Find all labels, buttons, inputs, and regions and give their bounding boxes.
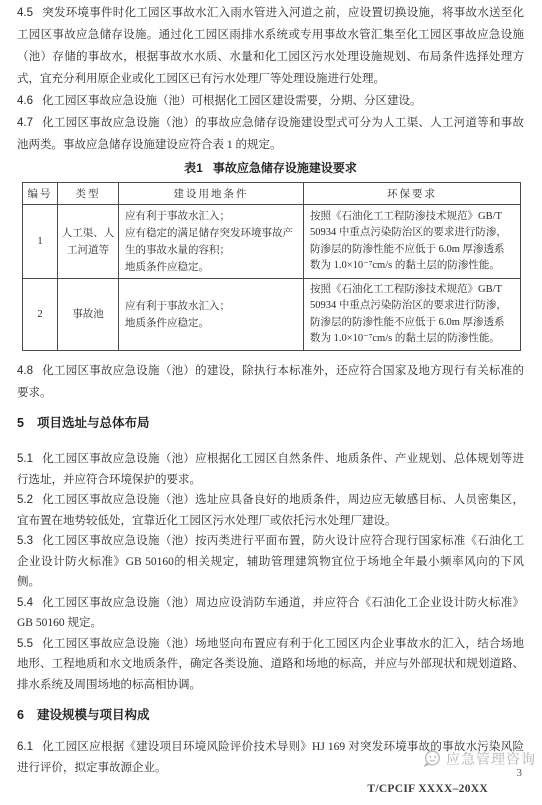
- table-row: 1 人工渠、人工河道等 应有利于事故水汇入； 应有稳定的满足储存突发环境事故产生…: [23, 205, 521, 279]
- section-heading-5: 5项目选址与总体布局: [17, 413, 524, 433]
- clause-5-1: 5.1化工园区事故应急设施（池）应根据化工园区自然条件、地质条件、产业规划、总体…: [17, 449, 524, 490]
- cell-land-condition: 应有利于事故水汇入； 应有稳定的满足储存突发环境事故产生的事故水量的容积； 地质…: [119, 205, 304, 279]
- page-number: 3: [517, 767, 523, 779]
- cell-type: 人工渠、人工河道等: [58, 205, 119, 279]
- clause-4-8: 4.8化工园区事故应急设施（池）的建设，除执行本标准外，还应符合国家及地方现行有…: [17, 360, 524, 404]
- cell-land-condition: 应有利于事故水汇入； 地质条件应稳定。: [119, 279, 304, 351]
- cell-type: 事故池: [58, 279, 119, 351]
- clause-number: 4.6: [17, 95, 33, 107]
- clause-5-4: 5.4化工园区事故应急设施（池）周边应设消防车通道，并应符合《石油化工企业设计防…: [17, 593, 524, 634]
- column-header-no: 编号: [23, 183, 58, 205]
- standard-code: T/CPCIF XXXX–20XX: [367, 783, 488, 795]
- column-header-land: 建设用地条件: [119, 183, 304, 205]
- clause-number: 6.1: [17, 741, 33, 753]
- clause-number: 5.1: [17, 453, 33, 465]
- clause-text: 化工园区事故应急设施（池）可根据化工园区建设需要，分期、分区建设。: [42, 95, 422, 107]
- cell-no: 2: [23, 279, 58, 351]
- clause-number: 4.7: [17, 117, 33, 129]
- clause-text: 化工园区事故应急设施（池）场地竖向布置应有利于化工园区内企业事故水的汇入，结合场…: [17, 638, 524, 691]
- document-content: 4.5突发环境事件时化工园区事故水汇入雨水管进入河道之前，应设置切换设施，将事故…: [0, 0, 542, 779]
- cell-env-requirement: 按照《石油化工工程防渗技术规范》GB/T 50934 中重点污染防治区的要求进行…: [304, 279, 521, 351]
- table-row: 2 事故池 应有利于事故水汇入； 地质条件应稳定。 按照《石油化工工程防渗技术规…: [23, 279, 521, 351]
- watermark: 应急管理咨询: [420, 749, 536, 769]
- clause-number: 5.3: [17, 535, 33, 547]
- cell-no: 1: [23, 205, 58, 279]
- table-caption: 表1事故应急储存设施建设要求: [17, 160, 524, 176]
- clause-4-7: 4.7化工园区事故应急设施（池）的事故应急储存设施建设型式可分为人工渠、人工河道…: [17, 112, 524, 156]
- table-header-row: 编号 类型 建设用地条件 环保要求: [23, 183, 521, 205]
- clause-number: 5.2: [17, 494, 33, 506]
- clause-text: 化工园区事故应急设施（池）周边应设消防车通道，并应符合《石油化工企业设计防火标准…: [17, 597, 524, 630]
- document-page: 4.5突发环境事件时化工园区事故水汇入雨水管进入河道之前，应设置切换设施，将事故…: [0, 0, 542, 805]
- table-1: 编号 类型 建设用地条件 环保要求 1 人工渠、人工河道等 应有利于事故水汇入；…: [22, 182, 521, 351]
- clause-text: 化工园区事故应急设施（池）选址应具备良好的地质条件，周边应无敏感目标、人员密集区…: [17, 494, 524, 527]
- clause-number: 4.5: [17, 7, 33, 19]
- cell-env-requirement: 按照《石油化工工程防渗技术规范》GB/T 50934 中重点污染防治区的要求进行…: [304, 205, 521, 279]
- column-header-type: 类型: [58, 183, 119, 205]
- clause-4-5: 4.5突发环境事件时化工园区事故水汇入雨水管进入河道之前，应设置切换设施，将事故…: [17, 2, 524, 90]
- clause-number: 5.5: [17, 638, 33, 650]
- column-header-env: 环保要求: [304, 183, 521, 205]
- clause-text: 化工园区事故应急设施（池）的建设，除执行本标准外，还应符合国家及地方现行有关标准…: [17, 365, 524, 399]
- clause-number: 4.8: [17, 365, 33, 377]
- clause-number: 5.4: [17, 597, 33, 609]
- section-number: 5: [17, 416, 24, 430]
- section-title: 建设规模与项目构成: [37, 708, 150, 722]
- watermark-label: 应急管理咨询: [446, 749, 536, 769]
- table-caption-label: 表1: [184, 161, 203, 175]
- section-number: 6: [17, 708, 24, 722]
- table-caption-title: 事故应急储存设施建设要求: [213, 161, 357, 175]
- section-title: 项目选址与总体布局: [37, 416, 150, 430]
- clause-text: 化工园区事故应急设施（池）的事故应急储存设施建设型式可分为人工渠、人工河道等和事…: [17, 117, 524, 151]
- clause-text: 化工园区事故应急设施（池）按丙类进行平面布置，防火设计应符合现行国家标准《石油化…: [17, 535, 524, 588]
- clause-text: 突发环境事件时化工园区事故水汇入雨水管进入河道之前，应设置切换设施，将事故水送至…: [17, 7, 524, 85]
- clause-5-5: 5.5化工园区事故应急设施（池）场地竖向布置应有利于化工园区内企业事故水的汇入，…: [17, 634, 524, 696]
- chat-bubble-face-icon: [420, 749, 442, 769]
- clause-text: 化工园区事故应急设施（池）应根据化工园区自然条件、地质条件、产业规划、总体规划等…: [17, 453, 524, 486]
- clause-4-6: 4.6化工园区事故应急设施（池）可根据化工园区建设需要，分期、分区建设。: [17, 90, 524, 112]
- clause-5-3: 5.3化工园区事故应急设施（池）按丙类进行平面布置，防火设计应符合现行国家标准《…: [17, 531, 524, 593]
- clause-5-2: 5.2化工园区事故应急设施（池）选址应具备良好的地质条件，周边应无敏感目标、人员…: [17, 490, 524, 531]
- section-heading-6: 6建设规模与项目构成: [17, 705, 524, 725]
